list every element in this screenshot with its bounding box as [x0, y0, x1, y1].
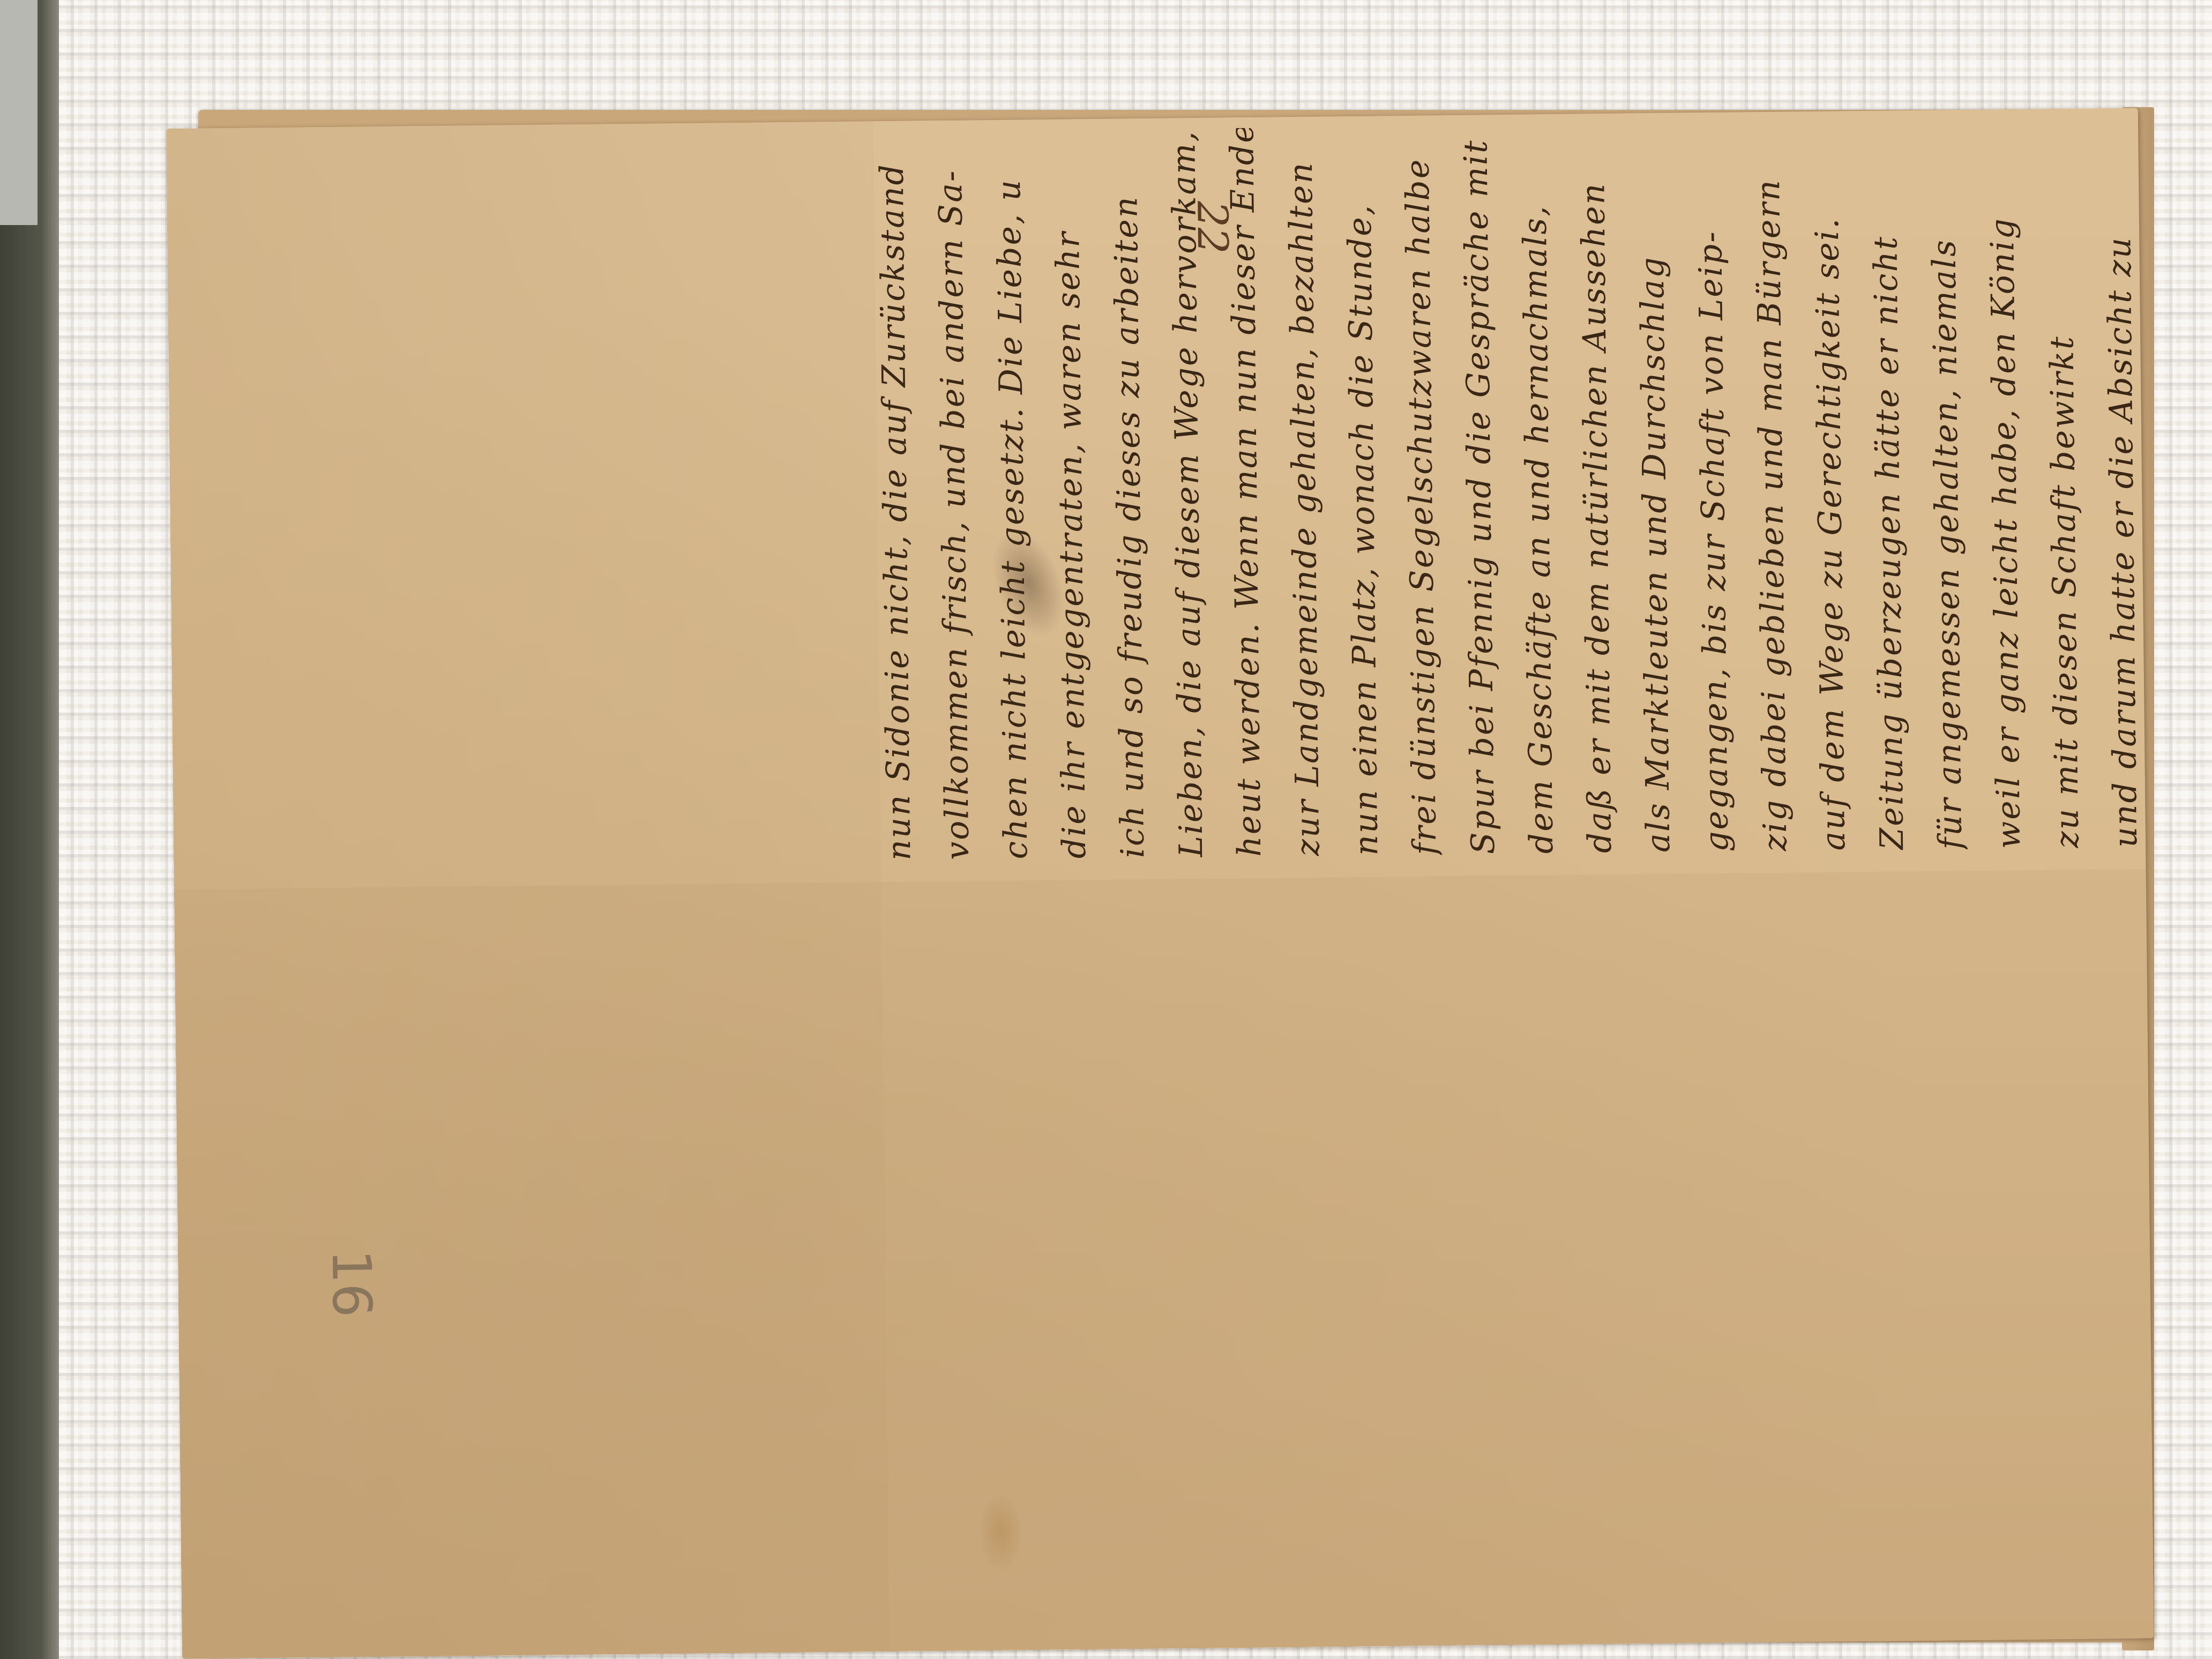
text-line: für angemessen gehalten, niemals	[1914, 121, 1980, 850]
text-line: gegangen, bis zur Schaft von Leip-	[1680, 123, 1746, 852]
text-line: als Marktleuten und Durchschlag	[1622, 123, 1688, 853]
text-line: Spur bei Pfennig und die Gespräche mit	[1447, 125, 1513, 855]
text-line: frei dünstigen Segelschutzwaren halbe	[1388, 126, 1454, 855]
text-line: zu mit diesen Schaft bewirkt	[2031, 119, 2097, 848]
text-line: nun Sidonie nicht, die auf Zurückstand	[863, 131, 929, 861]
text-line: nun einen Platz, wonach die Stunde,	[1330, 126, 1396, 856]
background-paper-corner	[0, 0, 38, 225]
text-line: zig dabei geblieben und man Bürgern	[1739, 122, 1805, 851]
text-line: daß er mit dem natürlichen Aussehen	[1564, 124, 1630, 854]
text-line: auf dem Wege zu Gerechtigkeit sei.	[1797, 122, 1863, 851]
text-line: ich und so freudig dieses zu arbeiten	[1096, 129, 1162, 858]
text-line: heut werden. Wenn man nun dieser Ende	[1213, 128, 1279, 857]
pencil-folio-mark: 16	[320, 1249, 383, 1318]
text-line: dem Geschäfte an und hernachmals,	[1505, 125, 1571, 854]
text-line: vollkommen frisch, und bei andern Sa-	[921, 131, 987, 860]
text-line: Zeitung überzeugen hätte er nicht	[1856, 121, 1922, 850]
stain-mark	[979, 1491, 1023, 1572]
text-line: die ihr entgegentraten, waren sehr	[1038, 130, 1104, 859]
handwritten-text-block: nun Sidonie nicht, die auf Zurückstand v…	[863, 114, 2154, 861]
dark-table-edge	[0, 0, 59, 1659]
text-line: Lieben, die auf diesem Wege hervorkam,	[1155, 129, 1221, 858]
text-line: chen nicht leicht gesetzt. Die Liebe, u	[980, 130, 1045, 860]
blank-lower-half	[174, 869, 2154, 1658]
text-line: zur Landgemeinde gehalten, bezahlten	[1272, 127, 1337, 856]
letter-page: 22 16 nun Sidonie nicht, die auf Zurücks…	[166, 108, 2154, 1658]
text-line: weil er ganz leicht habe, den König	[1972, 120, 2038, 849]
